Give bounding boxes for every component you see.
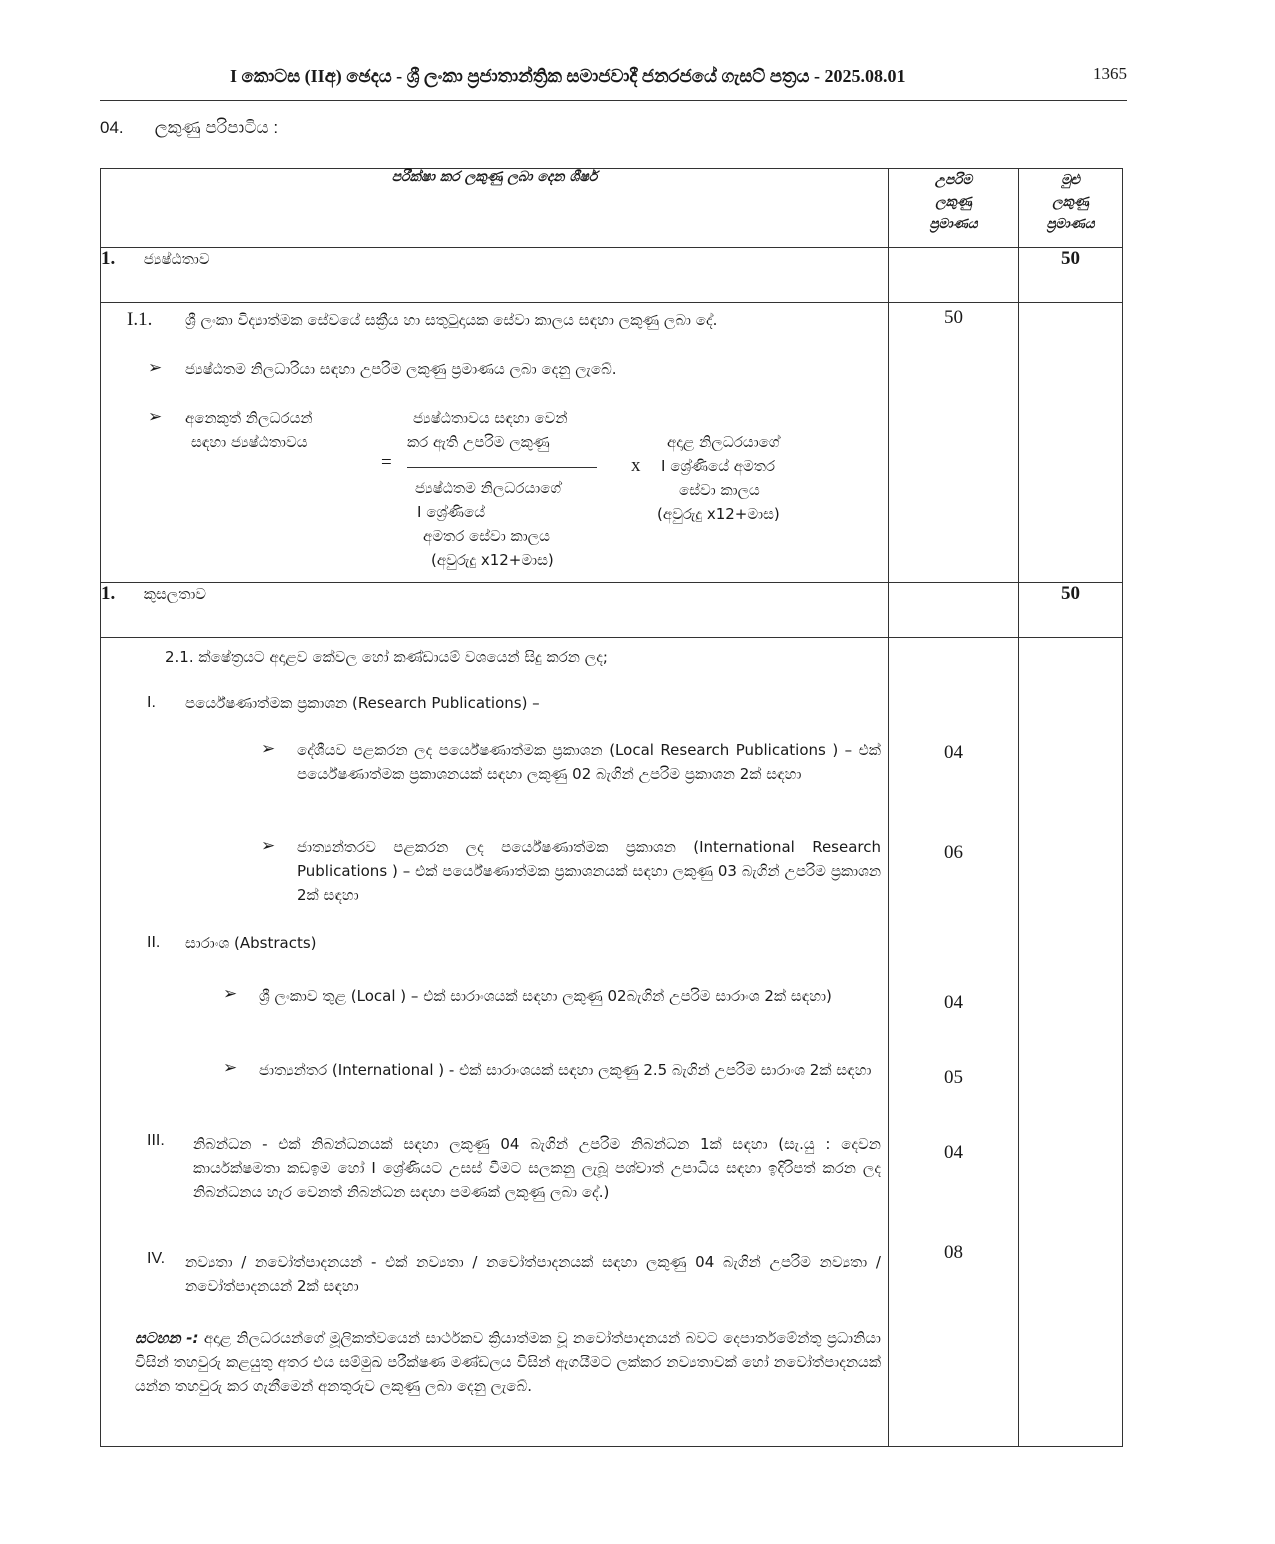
local-research-max: 04 [889,742,1018,764]
denominator-line2: I ශ්‍රේණියේ [417,503,485,521]
gazette-title: I කොටස (IIඅ) ඡෙදය - ශ්‍රී ලංකා ප්‍රජාතාන… [230,66,905,87]
bullet-arrow-icon: ➢ [261,836,275,856]
equals-sign: = [381,452,392,474]
item-text: ශ්‍රී ලංකා විද්‍යාත්මක සේවයේ සක්‍රීය හා … [185,311,717,329]
seniority-body-cell: I.1. ශ්‍රී ලංකා විද්‍යාත්මක සේවයේ සක්‍රී… [101,303,889,583]
innovations-text: නව්‍යතා / නවෝත්පාදනයන් - එක් නව්‍යතා / න… [185,1250,881,1298]
times-sign: x [631,455,641,477]
table-row: 1. ජ්‍යෂ්ඨතාව 50 [101,248,1123,303]
international-abstract-text: ජාත්‍යන්තර (International ) - එක් සාරාංශ… [259,1058,881,1082]
theses-text: නිබන්ධන - එක් නිබන්ධනයක් සඳහා ලකුණු 04 බ… [193,1132,881,1204]
theses-numeral: III. [147,1132,165,1150]
gazette-header: I කොටස (IIඅ) ඡෙදය - ශ්‍රී ලංකා ප්‍රජාතාන… [100,62,1127,101]
formula-label-line1: අනෙකුත් නිලධරයන් [185,409,313,427]
multiplier-line2: I ශ්‍රේණියේ අමතර [661,457,775,475]
note-text: අදාළ නිලධරයන්ගේ මූලිකත්වයෙන් සාර්ථකව ක්‍… [135,1329,881,1395]
innovations-max: 08 [889,1242,1018,1264]
denominator-line3: අමතර සේවා කාලය [423,527,550,545]
bullet-arrow-icon: ➢ [261,739,275,759]
note-label: සටහන -: [135,1329,199,1347]
denominator-line4: (අවුරුදු x12+මාස) [431,551,554,569]
skill-number: 1. [101,583,139,605]
table-row: I.1. ශ්‍රී ලංකා විද්‍යාත්මක සේවයේ සක්‍රී… [101,303,1123,583]
abstracts-title: සාරාංශ (Abstracts) [185,934,317,952]
fraction-line [407,467,597,468]
numerator-line2: කර ඇති උපරිම ලකුණු [407,433,550,451]
table-header-row: පරීක්ෂා කර ලකුණු ලබා දෙන ශීර්ෂ උපරිම ලකු… [101,169,1123,248]
skill-intro: 2.1. ක්ෂේත්‍රයට අදාළව කේවල හෝ කණ්ඩායම් ව… [165,648,608,666]
seniority-max: 50 [889,303,1018,329]
criteria-header: පරීක්ෂා කර ලකුණු ලබා දෙන ශීර්ෂ [101,169,889,248]
section-title: ලකුණු පරිපාටිය : [155,118,278,137]
section-number: 04. [100,118,150,138]
bullet-text: ජ්‍යෂ්ඨතම නිලධාරියා සඳහා උපරිම ලකුණු ප්‍… [185,360,617,378]
skill-total: 50 [1019,583,1123,638]
marking-scheme-table: පරීක්ෂා කර ලකුණු ලබා දෙන ශීර්ෂ උපරිම ලකු… [100,168,1123,1447]
multiplier-line4: (අවුරුදු x12+මාස) [657,505,780,523]
local-abstract-text: ශ්‍රී ලංකාව තුළ (Local ) – එක් සාරාංශයක්… [259,984,881,1008]
skill-title-cell: 1. කුසලතාව [101,583,889,638]
seniority-max-cell: 50 [889,303,1019,583]
international-research-text: ජාත්‍යන්තරව පළකරන ලද පර්යේෂණාත්මක ප්‍රකා… [297,835,881,907]
abstracts-numeral: II. [147,934,160,952]
seniority-number: 1. [101,248,139,270]
table-row: 2.1. ක්ෂේත්‍රයට අදාළව කේවල හෝ කණ්ඩායම් ව… [101,638,1123,1447]
theses-max: 04 [889,1142,1018,1164]
seniority-title-cell: 1. ජ්‍යෂ්ඨතාව [101,248,889,303]
bullet-arrow-icon: ➢ [148,407,162,427]
formula-label-line2: සඳහා ජ්‍යෂ්ඨතාවය [191,433,308,451]
research-title: පර්යේෂණාත්මක ප්‍රකාශන (Research Publicat… [185,694,540,712]
table-row: 1. කුසලතාව 50 [101,583,1123,638]
local-abstract-max: 04 [889,992,1018,1014]
research-numeral: I. [147,694,156,712]
innovations-numeral: IV. [147,1250,165,1268]
bullet-arrow-icon: ➢ [148,358,162,378]
denominator-line1: ජ්‍යෂ්ඨතම නිලධරයාගේ [415,479,561,497]
page-number: 1365 [1093,64,1127,84]
max-marks-header: උපරිම ලකුණු ප්‍රමාණය [889,169,1019,248]
item-code: I.1. [127,309,152,331]
bullet-arrow-icon: ➢ [223,984,237,1004]
numerator-line1: ජ්‍යෂ්ඨතාවය සඳහා වෙන් [413,409,568,427]
international-abstract-max: 05 [889,1067,1018,1089]
local-research-text: දේශීයව පළකරන ලද පර්යේෂණාත්මක ප්‍රකාශන (L… [297,738,881,786]
total-marks-header: මුළු ලකුණු ප්‍රමාණය [1019,169,1123,248]
section-heading: 04. ලකුණු පරිපාටිය : [100,118,278,138]
international-research-max: 06 [889,842,1018,864]
bullet-arrow-icon: ➢ [223,1058,237,1078]
skill-max-cell: 04 06 04 05 04 08 [889,638,1019,1447]
note: සටහන -: අදාළ නිලධරයන්ගේ මූලිකත්වයෙන් සාර… [135,1326,881,1398]
multiplier-line3: සේවා කාලය [679,481,760,499]
seniority-title: ජ්‍යෂ්ඨතාව [144,250,210,268]
multiplier-line1: අදාළ නිලධරයාගේ [667,433,780,451]
skill-body-cell: 2.1. ක්ෂේත්‍රයට අදාළව කේවල හෝ කණ්ඩායම් ව… [101,638,889,1447]
skill-title: කුසලතාව [144,585,206,603]
seniority-total: 50 [1019,248,1123,303]
